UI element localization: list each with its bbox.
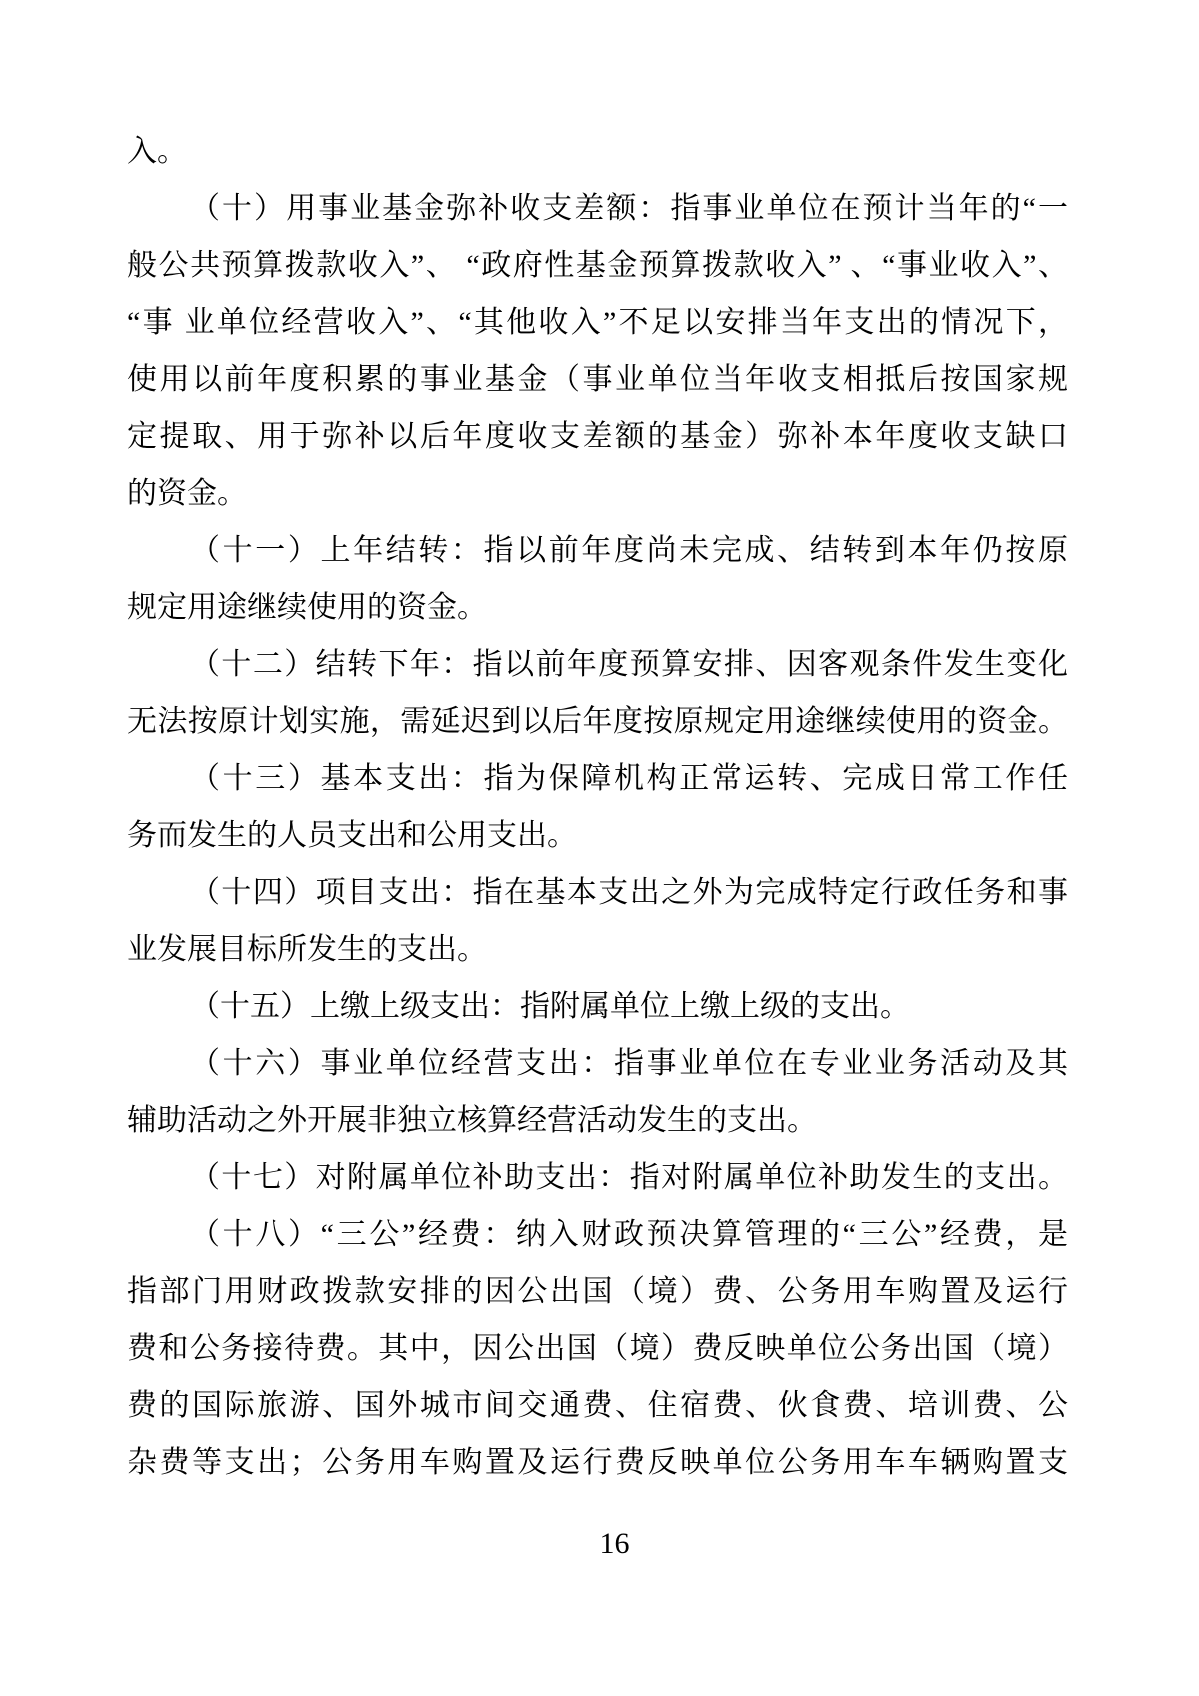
text-line: 规定用途继续使用的资金。 (127, 579, 1068, 636)
text-line: （十六）事业单位经营支出：指事业单位在专业业务活动及其 (127, 1035, 1068, 1092)
text-line: （十八）“三公”经费：纳入财政预决算管理的“三公”经费，是 (127, 1206, 1068, 1263)
text-line: 杂费等支出；公务用车购置及运行费反映单位公务用车车辆购置支 (127, 1434, 1068, 1491)
text-line: 的资金。 (127, 465, 1068, 522)
text-line: 入。 (127, 123, 1068, 180)
text-line: 务而发生的人员支出和公用支出。 (127, 807, 1068, 864)
text-line: （十一）上年结转：指以前年度尚未完成、结转到本年仍按原 (127, 522, 1068, 579)
text-line: 无法按原计划实施，需延迟到以后年度按原规定用途继续使用的资金。 (127, 693, 1068, 750)
text-line: 费和公务接待费。其中，因公出国（境）费反映单位公务出国（境） (127, 1320, 1068, 1377)
text-line: （十七）对附属单位补助支出：指对附属单位补助发生的支出。 (127, 1149, 1068, 1206)
text-line: 辅助活动之外开展非独立核算经营活动发生的支出。 (127, 1092, 1068, 1149)
document-body: 入。 （十）用事业基金弥补收支差额：指事业单位在预计当年的“一 般公共预算拨款收… (127, 123, 1068, 1491)
text-line: （十）用事业基金弥补收支差额：指事业单位在预计当年的“一 (127, 180, 1068, 237)
text-line: （十五）上缴上级支出：指附属单位上缴上级的支出。 (127, 978, 1068, 1035)
text-line: 使用以前年度积累的事业基金（事业单位当年收支相抵后按国家规 (127, 351, 1068, 408)
text-line: 业发展目标所发生的支出。 (127, 921, 1068, 978)
text-line: 费的国际旅游、国外城市间交通费、住宿费、伙食费、培训费、公 (127, 1377, 1068, 1434)
text-line: 指部门用财政拨款安排的因公出国（境）费、公务用车购置及运行 (127, 1263, 1068, 1320)
text-line: 定提取、用于弥补以后年度收支差额的基金）弥补本年度收支缺口 (127, 408, 1068, 465)
text-line: （十二）结转下年：指以前年度预算安排、因客观条件发生变化 (127, 636, 1068, 693)
text-line: 般公共预算拨款收入”、 “政府性基金预算拨款收入” 、“事业收入”、 (127, 237, 1068, 294)
text-line: “事 业单位经营收入”、“其他收入”不足以安排当年支出的情况下， (127, 294, 1068, 351)
text-line: （十四）项目支出：指在基本支出之外为完成特定行政任务和事 (127, 864, 1068, 921)
page-number: 16 (600, 1524, 630, 1564)
page-footer: 16 (0, 1524, 1199, 1564)
document-page: 入。 （十）用事业基金弥补收支差额：指事业单位在预计当年的“一 般公共预算拨款收… (0, 0, 1199, 1696)
text-line: （十三）基本支出：指为保障机构正常运转、完成日常工作任 (127, 750, 1068, 807)
